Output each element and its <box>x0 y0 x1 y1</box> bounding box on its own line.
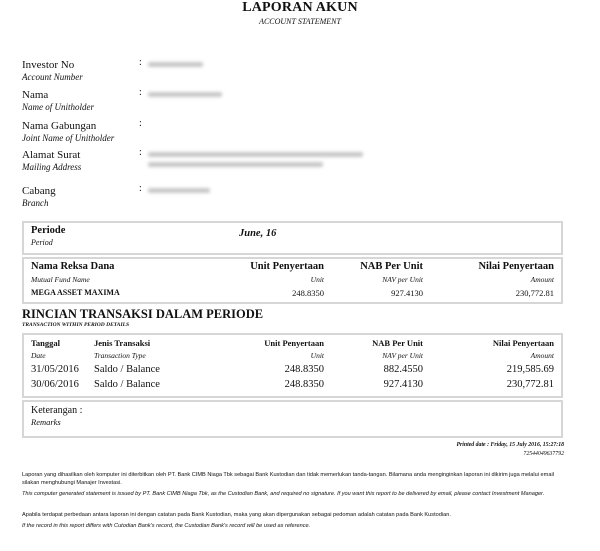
transaction-nav: 927.4130 <box>384 379 423 390</box>
separator: : <box>139 57 142 68</box>
transaction-type: Saldo / Balance <box>94 364 160 375</box>
col-type-header: Jenis Transaksi <box>94 338 150 348</box>
branch-label: Cabang <box>22 185 56 197</box>
mailing-address-line1-redacted <box>148 152 363 157</box>
col-date-header: Tanggal <box>31 338 60 348</box>
investor-no-value-redacted <box>148 62 203 67</box>
investor-no-label: Investor No <box>22 59 74 71</box>
col-nav-subheader: NAV per Unit <box>382 351 423 360</box>
printed-date: Printed date : Friday, 15 July 2016, 15:… <box>456 442 564 448</box>
transaction-amount: 219,585.69 <box>507 364 554 375</box>
document-title: LAPORAN AKUN <box>0 0 600 16</box>
col-nav-subheader: NAV per Unit <box>382 275 423 284</box>
period-label: Periode <box>31 225 65 236</box>
remarks-box: Keterangan : Remarks <box>22 400 563 438</box>
document-subtitle: ACCOUNT STATEMENT <box>0 17 600 26</box>
col-fund-name-header: Nama Reksa Dana <box>31 261 114 272</box>
col-amount-subheader: Amount <box>531 275 554 284</box>
name-label: Nama <box>22 89 48 101</box>
mailing-address-en-label: Mailing Address <box>22 162 81 173</box>
transaction-unit: 248.8350 <box>285 379 324 390</box>
transactions-section-title: RINCIAN TRANSAKSI DALAM PERIODE <box>22 307 263 322</box>
separator: : <box>139 183 142 194</box>
col-unit-subheader: Unit <box>311 275 324 284</box>
col-unit-header: Unit Penyertaan <box>264 338 324 348</box>
branch-value-redacted <box>148 188 210 193</box>
branch-en-label: Branch <box>22 198 49 209</box>
col-nav-header: NAB Per Unit <box>360 261 423 272</box>
remarks-en-label: Remarks <box>31 417 61 427</box>
col-date-subheader: Date <box>31 351 46 360</box>
separator: : <box>139 147 142 158</box>
remarks-label: Keterangan : <box>31 405 82 416</box>
document-code: 72544049637792 <box>523 451 564 457</box>
account-number-label: Account Number <box>22 72 83 83</box>
transaction-type: Saldo / Balance <box>94 379 160 390</box>
period-box: Periode Period June, 16 <box>22 221 563 255</box>
separator: : <box>139 87 142 98</box>
fund-nav: 927.4130 <box>391 288 423 298</box>
fund-amount: 230,772.81 <box>516 288 554 298</box>
name-of-unitholder-label: Name of Unitholder <box>22 102 94 113</box>
col-amount-header: Nilai Penyertaan <box>478 261 554 272</box>
transactions-table: Tanggal Date Jenis Transaksi Transaction… <box>22 333 563 398</box>
transaction-date: 30/06/2016 <box>31 379 79 390</box>
fund-summary-box: Nama Reksa Dana Mutual Fund Name Unit Pe… <box>22 257 563 304</box>
col-unit-header: Unit Penyertaan <box>250 261 324 272</box>
mailing-address-line2-redacted <box>148 162 323 167</box>
col-amount-subheader: Amount <box>531 351 554 360</box>
fund-unit: 248.8350 <box>292 288 324 298</box>
disclaimer-en-2: If the record in this report differs wit… <box>22 522 567 530</box>
transaction-nav: 882.4550 <box>384 364 423 375</box>
col-amount-header: Nilai Penyertaan <box>493 338 554 348</box>
col-type-subheader: Transaction Type <box>94 351 146 360</box>
mailing-address-label: Alamat Surat <box>22 149 80 161</box>
joint-name-label: Nama Gabungan <box>22 120 96 132</box>
disclaimer-id-2: Apabila terdapat perbedaan antara lapora… <box>22 511 567 519</box>
fund-name: MEGA ASSET MAXIMA <box>31 288 120 297</box>
separator: : <box>139 118 142 129</box>
disclaimer-en-1: This computer generated statement is iss… <box>22 490 567 498</box>
transaction-amount: 230,772.81 <box>507 379 554 390</box>
transaction-date: 31/05/2016 <box>31 364 79 375</box>
disclaimer-id-1: Laporan yang dihasilkan oleh komputer in… <box>22 471 567 487</box>
col-fund-name-subheader: Mutual Fund Name <box>31 275 90 284</box>
col-nav-header: NAB Per Unit <box>372 338 423 348</box>
period-en-label: Period <box>31 238 53 247</box>
transaction-unit: 248.8350 <box>285 364 324 375</box>
joint-name-of-unitholder-label: Joint Name of Unitholder <box>22 133 114 144</box>
name-value-redacted <box>148 92 222 97</box>
period-value: June, 16 <box>239 228 276 239</box>
transactions-section-subtitle: TRANSACTION WITHIN PERIOD DETAILS <box>22 322 129 328</box>
col-unit-subheader: Unit <box>311 351 324 360</box>
